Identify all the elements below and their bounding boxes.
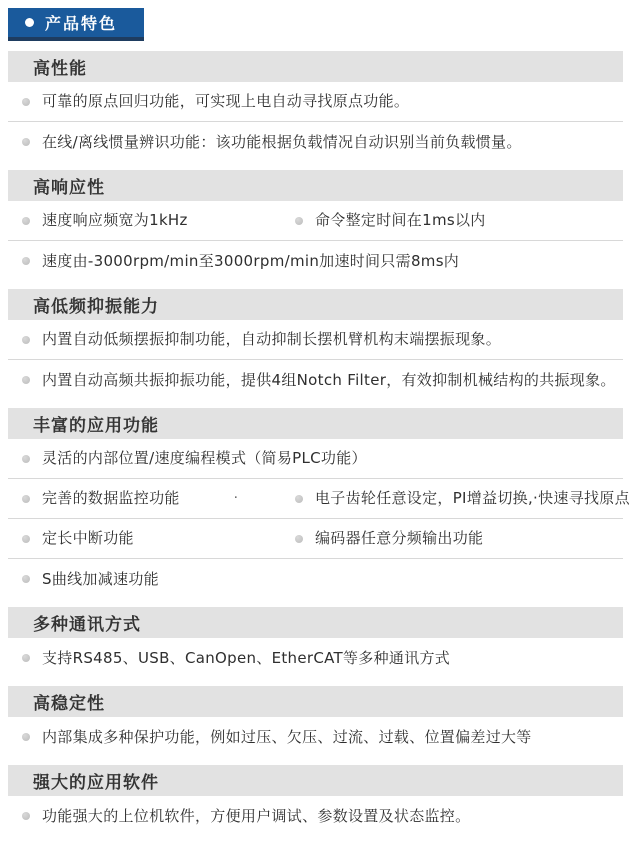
feature-item: 完善的数据监控功能 · <box>22 489 295 508</box>
feature-item: 灵活的内部位置/速度编程模式（简易PLC功能） <box>22 449 367 468</box>
feature-row: 完善的数据监控功能 · 电子齿轮任意设定，PI增益切换,·快速寻找原点 <box>8 479 623 519</box>
section-heading-label: 多种通讯方式 <box>33 610 141 635</box>
bullet-icon <box>22 138 30 146</box>
section-rows: 速度响应频宽为1kHz 命令整定时间在1ms以内 速度由-3000rpm/min… <box>8 201 623 281</box>
feature-item: 内置自动高频共振抑振功能，提供4组Notch Filter，有效抑制机械结构的共… <box>22 371 616 390</box>
section-rows: 内置自动低频摆振抑制功能，自动抑制长摆机臂机构末端摆振现象。 内置自动高频共振抑… <box>8 320 623 400</box>
feature-item: 支持RS485、USB、CanOpen、EtherCAT等多种通讯方式 <box>22 649 450 668</box>
product-features-page: 产品特色 高性能 可靠的原点回归功能，可实现上电自动寻找原点功能。 在线/离线惯… <box>0 0 636 847</box>
feature-item: 速度响应频宽为1kHz <box>22 211 295 230</box>
section-heading: 多种通讯方式 <box>8 607 623 638</box>
bullet-icon <box>22 376 30 384</box>
feature-text: 内置自动高频共振抑振功能，提供4组Notch Filter，有效抑制机械结构的共… <box>42 371 616 390</box>
section-high-performance: 高性能 可靠的原点回归功能，可实现上电自动寻找原点功能。 在线/离线惯量辨识功能… <box>8 51 623 162</box>
section-heading: 高响应性 <box>8 170 623 201</box>
bullet-icon <box>295 535 303 543</box>
feature-item: 内置自动低频摆振抑制功能，自动抑制长摆机臂机构末端摆振现象。 <box>22 330 501 349</box>
feature-text: 功能强大的上位机软件，方便用户调试、参数设置及状态监控。 <box>42 807 470 826</box>
feature-item: 命令整定时间在1ms以内 <box>295 211 486 230</box>
title-banner: 产品特色 <box>8 8 144 41</box>
section-rows: 可靠的原点回归功能，可实现上电自动寻找原点功能。 在线/离线惯量辨识功能：该功能… <box>8 82 623 162</box>
feature-item: 在线/离线惯量辨识功能：该功能根据负载情况自动识别当前负载惯量。 <box>22 133 522 152</box>
feature-row: S曲线加减速功能 <box>8 559 623 599</box>
section-heading-label: 高响应性 <box>33 173 105 198</box>
feature-text: S曲线加减速功能 <box>42 570 159 589</box>
feature-row: 定长中断功能 编码器任意分频输出功能 <box>8 519 623 559</box>
feature-item: 定长中断功能 <box>22 529 295 548</box>
feature-text: 速度由-3000rpm/min至3000rpm/min加速时间只需8ms内 <box>42 252 459 271</box>
feature-text: 定长中断功能 <box>42 529 134 548</box>
bullet-icon <box>22 535 30 543</box>
feature-text: 编码器任意分频输出功能 <box>315 529 483 548</box>
stray-dot: · <box>234 491 238 506</box>
bullet-icon <box>22 257 30 265</box>
section-vibration-suppression: 高低频抑振能力 内置自动低频摆振抑制功能，自动抑制长摆机臂机构末端摆振现象。 内… <box>8 289 623 400</box>
feature-item: 内部集成多种保护功能，例如过压、欠压、过流、过载、位置偏差过大等 <box>22 728 532 747</box>
bullet-icon <box>22 336 30 344</box>
section-high-responsiveness: 高响应性 速度响应频宽为1kHz 命令整定时间在1ms以内 速度由-3000rp… <box>8 170 623 281</box>
feature-row: 内部集成多种保护功能，例如过压、欠压、过流、过载、位置偏差过大等 <box>8 717 623 757</box>
feature-text: 命令整定时间在1ms以内 <box>315 211 486 230</box>
bullet-icon <box>295 217 303 225</box>
feature-row: 内置自动低频摆振抑制功能，自动抑制长摆机臂机构末端摆振现象。 <box>8 320 623 360</box>
bullet-icon <box>22 654 30 662</box>
feature-row: 在线/离线惯量辨识功能：该功能根据负载情况自动识别当前负载惯量。 <box>8 122 623 162</box>
section-heading: 高低频抑振能力 <box>8 289 623 320</box>
feature-row: 可靠的原点回归功能，可实现上电自动寻找原点功能。 <box>8 82 623 122</box>
feature-row: 速度响应频宽为1kHz 命令整定时间在1ms以内 <box>8 201 623 241</box>
section-heading: 高稳定性 <box>8 686 623 717</box>
feature-item: 速度由-3000rpm/min至3000rpm/min加速时间只需8ms内 <box>22 252 459 271</box>
section-rich-functions: 丰富的应用功能 灵活的内部位置/速度编程模式（简易PLC功能） 完善的数据监控功… <box>8 408 623 599</box>
feature-row: 灵活的内部位置/速度编程模式（简易PLC功能） <box>8 439 623 479</box>
feature-text: 支持RS485、USB、CanOpen、EtherCAT等多种通讯方式 <box>42 649 450 668</box>
feature-row: 支持RS485、USB、CanOpen、EtherCAT等多种通讯方式 <box>8 638 623 678</box>
feature-text: 灵活的内部位置/速度编程模式（简易PLC功能） <box>42 449 367 468</box>
bullet-icon <box>22 495 30 503</box>
section-heading-label: 丰富的应用功能 <box>33 411 159 436</box>
feature-text: 内置自动低频摆振抑制功能，自动抑制长摆机臂机构末端摆振现象。 <box>42 330 501 349</box>
bullet-icon <box>22 98 30 106</box>
feature-item: 电子齿轮任意设定，PI增益切换,·快速寻找原点 <box>295 489 630 508</box>
feature-row: 功能强大的上位机软件，方便用户调试、参数设置及状态监控。 <box>8 796 623 836</box>
section-rows: 灵活的内部位置/速度编程模式（简易PLC功能） 完善的数据监控功能 · 电子齿轮… <box>8 439 623 599</box>
section-heading: 丰富的应用功能 <box>8 408 623 439</box>
feature-text: 完善的数据监控功能 <box>42 489 180 508</box>
bullet-icon <box>22 733 30 741</box>
section-rows: 功能强大的上位机软件，方便用户调试、参数设置及状态监控。 <box>8 796 623 836</box>
feature-item: 功能强大的上位机软件，方便用户调试、参数设置及状态监控。 <box>22 807 470 826</box>
section-heading: 高性能 <box>8 51 623 82</box>
section-heading: 强大的应用软件 <box>8 765 623 796</box>
section-rows: 内部集成多种保护功能，例如过压、欠压、过流、过载、位置偏差过大等 <box>8 717 623 757</box>
section-stability: 高稳定性 内部集成多种保护功能，例如过压、欠压、过流、过载、位置偏差过大等 <box>8 686 623 757</box>
feature-row: 速度由-3000rpm/min至3000rpm/min加速时间只需8ms内 <box>8 241 623 281</box>
bullet-icon <box>22 812 30 820</box>
bullet-icon <box>22 455 30 463</box>
section-rows: 支持RS485、USB、CanOpen、EtherCAT等多种通讯方式 <box>8 638 623 678</box>
feature-text: 速度响应频宽为1kHz <box>42 211 188 230</box>
section-software: 强大的应用软件 功能强大的上位机软件，方便用户调试、参数设置及状态监控。 <box>8 765 623 836</box>
section-communication: 多种通讯方式 支持RS485、USB、CanOpen、EtherCAT等多种通讯… <box>8 607 623 678</box>
section-heading-label: 强大的应用软件 <box>33 768 159 793</box>
banner-bullet-icon <box>25 18 34 27</box>
feature-text: 内部集成多种保护功能，例如过压、欠压、过流、过载、位置偏差过大等 <box>42 728 532 747</box>
feature-text: 在线/离线惯量辨识功能：该功能根据负载情况自动识别当前负载惯量。 <box>42 133 522 152</box>
feature-item: 可靠的原点回归功能，可实现上电自动寻找原点功能。 <box>22 92 409 111</box>
feature-item: S曲线加减速功能 <box>22 570 159 589</box>
section-heading-label: 高低频抑振能力 <box>33 292 159 317</box>
bullet-icon <box>295 495 303 503</box>
section-heading-label: 高稳定性 <box>33 689 105 714</box>
bullet-icon <box>22 217 30 225</box>
section-heading-label: 高性能 <box>33 54 87 79</box>
feature-row: 内置自动高频共振抑振功能，提供4组Notch Filter，有效抑制机械结构的共… <box>8 360 623 400</box>
feature-text: 可靠的原点回归功能，可实现上电自动寻找原点功能。 <box>42 92 409 111</box>
feature-item: 编码器任意分频输出功能 <box>295 529 483 548</box>
feature-text: 电子齿轮任意设定，PI增益切换,·快速寻找原点 <box>315 489 630 508</box>
page-title: 产品特色 <box>45 11 117 34</box>
bullet-icon <box>22 575 30 583</box>
